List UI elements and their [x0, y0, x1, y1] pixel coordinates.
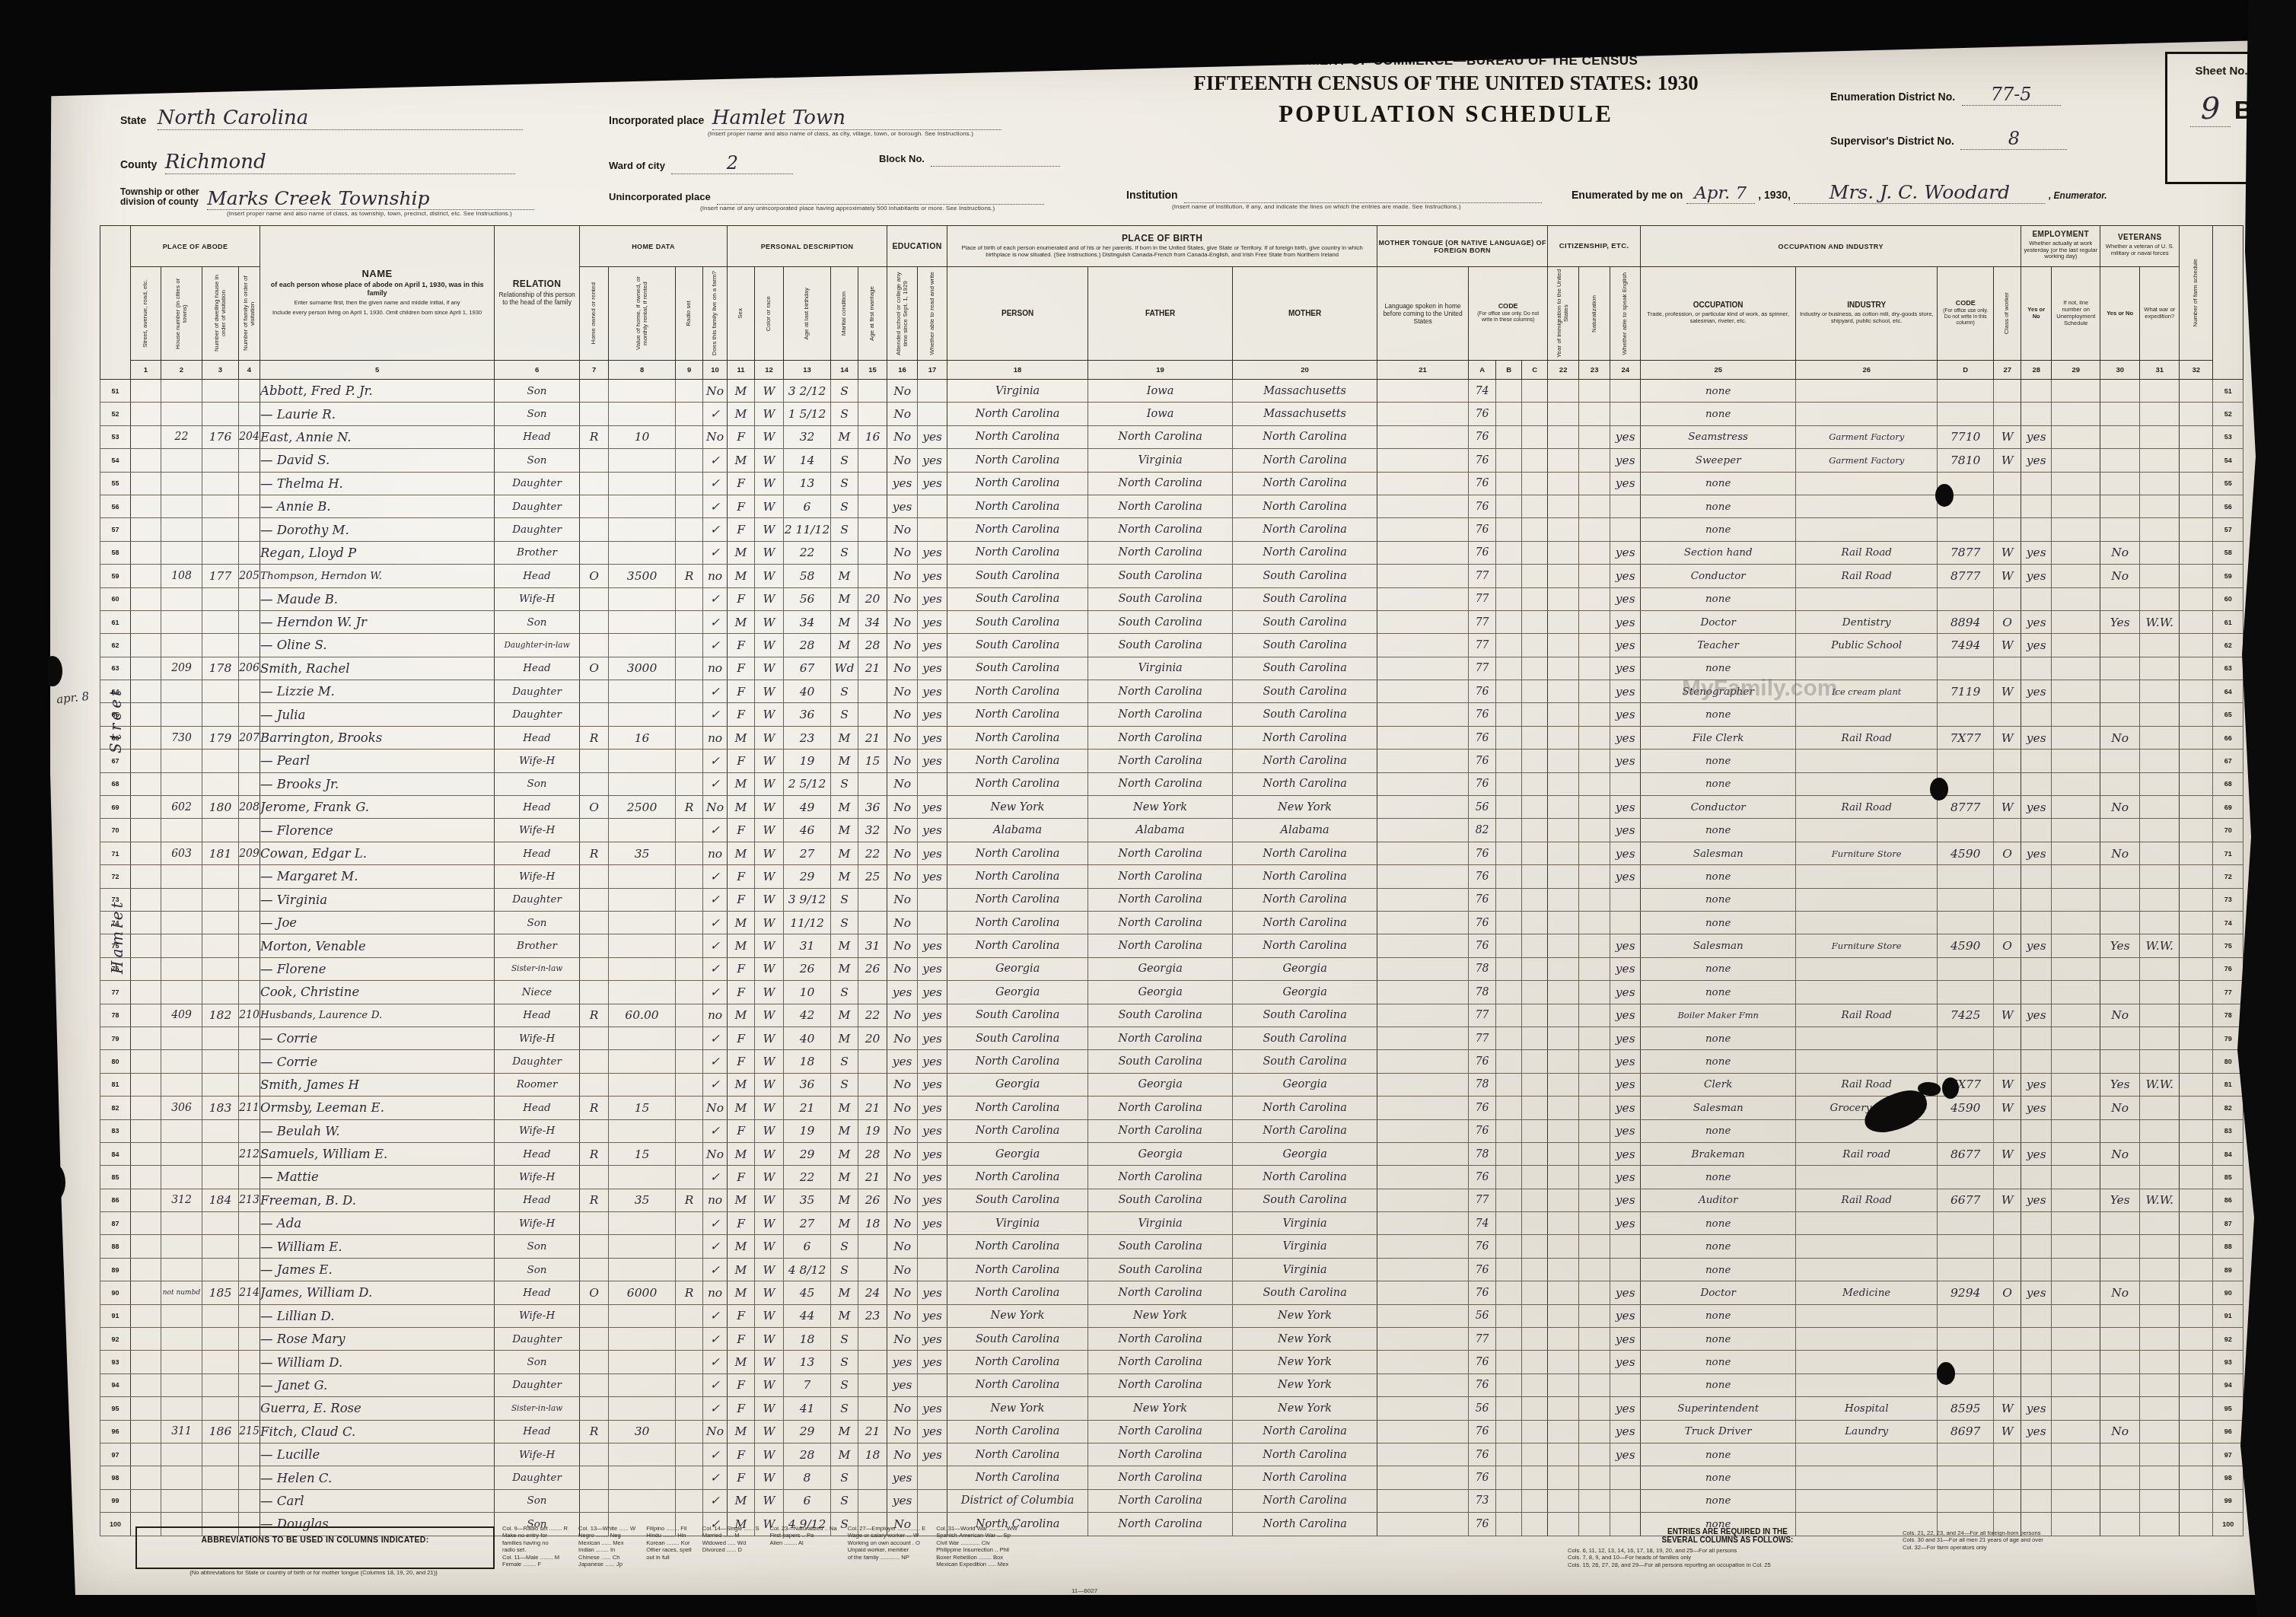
cell-hn	[161, 1235, 202, 1258]
cell-rc: W	[755, 1420, 784, 1443]
cell-rd	[676, 703, 703, 726]
cell-fm: 211	[239, 1097, 260, 1119]
birth-title: PLACE OF BIRTH	[947, 233, 1377, 244]
cell-e9	[2052, 1073, 2100, 1096]
cell-am: 36	[858, 796, 887, 819]
cell-oc: none	[1641, 1351, 1796, 1373]
cell-en: yes	[1610, 1050, 1641, 1073]
cell-or: R	[580, 1142, 609, 1165]
cell-n: 97	[100, 1443, 131, 1466]
cell-en: yes	[1610, 425, 1641, 448]
cell-am	[858, 1397, 887, 1420]
cell-st	[131, 518, 161, 541]
cell-fm	[239, 1050, 260, 1073]
cell-sx: F	[728, 1373, 755, 1396]
cell-en: yes	[1610, 1397, 1641, 1420]
cell-rc: W	[755, 1489, 784, 1512]
abbrev-block-7: Col. 31—World War .......... WWSpanish-A…	[936, 1525, 1017, 1568]
cell-cd: 7877	[1938, 541, 1994, 564]
cell-im	[1548, 1073, 1579, 1096]
cell-bpf: North Carolina	[1088, 1097, 1233, 1119]
cell-ev	[2100, 1304, 2140, 1327]
cell-dw: 184	[202, 1189, 239, 1211]
cell-hn	[161, 472, 202, 495]
cell-en: yes	[1610, 1142, 1641, 1165]
cell-lg	[1377, 1004, 1469, 1027]
cell-nt	[1579, 796, 1610, 819]
cell-cd	[1938, 403, 1994, 425]
cell-bpp: South Carolina	[947, 565, 1088, 587]
cell-st	[131, 449, 161, 472]
ward-field: Ward of city 2	[609, 152, 868, 174]
cell-vl	[609, 680, 676, 703]
col14-label: Marital condition	[841, 290, 848, 337]
cell-cc	[1522, 449, 1548, 472]
cell-cb	[1496, 1397, 1522, 1420]
cell-ey: yes	[2021, 565, 2052, 587]
cell-lg	[1377, 1466, 1469, 1489]
cell-fa: No	[703, 380, 728, 403]
cell-vw	[2140, 634, 2180, 657]
cell-ey	[2021, 865, 2052, 888]
cell-bpp: North Carolina	[947, 425, 1088, 448]
cell-mc: M	[831, 726, 858, 749]
cell-or	[580, 1373, 609, 1396]
unincorporated-label: Unincorporated place	[609, 191, 711, 202]
cell-bpp: South Carolina	[947, 657, 1088, 680]
cell-am	[858, 403, 887, 425]
cell-en: yes	[1610, 981, 1641, 1004]
cell-fm	[239, 1328, 260, 1351]
cell-oc: none	[1641, 1027, 1796, 1049]
cell-or	[580, 1304, 609, 1327]
cell-fs	[2180, 1328, 2213, 1351]
cell-ca: 76	[1469, 403, 1496, 425]
cell-bpf: South Carolina	[1088, 634, 1233, 657]
cell-nt	[1579, 772, 1610, 795]
cell-cw	[1994, 1166, 2021, 1189]
col-number-3: 3	[202, 361, 239, 380]
cell-im	[1548, 1373, 1579, 1396]
cell-st	[131, 1212, 161, 1235]
cell-fm: 207	[239, 726, 260, 749]
census-row-58: 58Regan, Lloyd PBrother✓MW22SNoyesNorth …	[100, 541, 2243, 564]
cell-ev	[2100, 472, 2140, 495]
col29-label: If not, line number on Unemployment Sche…	[2052, 298, 2100, 329]
cell-cd: 8777	[1938, 565, 1994, 587]
cell-am: 28	[858, 634, 887, 657]
cell-cd	[1938, 587, 1994, 610]
cell-cb	[1496, 957, 1522, 980]
cell-am	[858, 380, 887, 403]
name-inst2: Include every person living on April 1, …	[260, 308, 494, 318]
cell-fs	[2180, 1443, 2213, 1466]
cell-bpm: New York	[1233, 1373, 1377, 1396]
cell-e9	[2052, 403, 2100, 425]
cell-nt	[1579, 1420, 1610, 1443]
cell-ev	[2100, 449, 2140, 472]
cell-ev	[2100, 1235, 2140, 1258]
cell-hn	[161, 1328, 202, 1351]
cell-bpp: Georgia	[947, 1142, 1088, 1165]
col3-label: Number of dwelling house in order of vis…	[214, 267, 228, 360]
cell-rc: W	[755, 1351, 784, 1373]
cell-ca: 76	[1469, 1166, 1496, 1189]
cell-bpm: New York	[1233, 1328, 1377, 1351]
cell-in: Rail Road	[1796, 726, 1938, 749]
cell-cw	[1994, 1373, 2021, 1396]
population-schedule-table: PLACE OF ABODE NAME of each person whose…	[100, 225, 2243, 1536]
cell-vw	[2140, 1328, 2180, 1351]
cell-am	[858, 495, 887, 517]
cell-mc: S	[831, 680, 858, 703]
cell-bpf: North Carolina	[1088, 1420, 1233, 1443]
cell-bpp: North Carolina	[947, 703, 1088, 726]
census-row-80: 80— CorrieDaughter✓FW18SyesyesNorth Caro…	[100, 1050, 2243, 1073]
cell-nm: — Oline S.	[260, 634, 495, 657]
cell-vl	[609, 1397, 676, 1420]
cell-ev	[2100, 1166, 2140, 1189]
cell-am	[858, 1489, 887, 1512]
cell-bpm: North Carolina	[1233, 1489, 1377, 1512]
cell-dw	[202, 1258, 239, 1281]
cell-sx: F	[728, 981, 755, 1004]
cell-vw	[2140, 1235, 2180, 1258]
cell-rl: Daughter-in-law	[495, 634, 580, 657]
cell-bpm: North Carolina	[1233, 472, 1377, 495]
cell-sc: yes	[887, 495, 918, 517]
cell-fm	[239, 772, 260, 795]
cell-am	[858, 680, 887, 703]
cell-cw	[1994, 1258, 2021, 1281]
cell-im	[1548, 1328, 1579, 1351]
cell-bpm: South Carolina	[1233, 703, 1377, 726]
cell-rc: W	[755, 1443, 784, 1466]
cell-cw: W	[1994, 541, 2021, 564]
cell-mc: M	[831, 1212, 858, 1235]
cell-n: 54	[100, 449, 131, 472]
cell-en: yes	[1610, 680, 1641, 703]
cell-cw	[1994, 1212, 2021, 1235]
cell-e9	[2052, 1328, 2100, 1351]
cell-am: 23	[858, 1304, 887, 1327]
cell-rw: yes	[918, 957, 947, 980]
cell-vl	[609, 1166, 676, 1189]
cell-cw: W	[1994, 425, 2021, 448]
cell-cd: 8777	[1938, 796, 1994, 819]
cell-in	[1796, 865, 1938, 888]
cell-oc: Sweeper	[1641, 449, 1796, 472]
census-row-95: 95Guerra, E. RoseSister-in-law✓FW41SNoye…	[100, 1397, 2243, 1420]
cell-nt	[1579, 819, 1610, 842]
cell-oc: none	[1641, 1050, 1796, 1073]
cell-cc	[1522, 1466, 1548, 1489]
cell-hn	[161, 1073, 202, 1096]
cell-rd	[676, 1142, 703, 1165]
cell-bpm: North Carolina	[1233, 425, 1377, 448]
cell-vl	[609, 1073, 676, 1096]
cell-dw	[202, 1397, 239, 1420]
cell-cw	[1994, 1443, 2021, 1466]
cell-sc: No	[887, 518, 918, 541]
cell-in: Rail Road	[1796, 1004, 1938, 1027]
cell-oc: Truck Driver	[1641, 1420, 1796, 1443]
census-row-52: 52— Laurie R.Son✓MW1 5/12SNoNorth Caroli…	[100, 403, 2243, 425]
cell-vl	[609, 888, 676, 911]
cell-rw: yes	[918, 425, 947, 448]
cell-cd: 4590	[1938, 1097, 1994, 1119]
cell-cd: 6677	[1938, 1189, 1994, 1211]
cell-rd	[676, 1420, 703, 1443]
col12-header: Color or race	[755, 267, 784, 361]
cell-ev	[2100, 634, 2140, 657]
institution-field: Institution (Insert name of institution,…	[1126, 189, 1583, 210]
cell-oc: Salesman	[1641, 934, 1796, 957]
cell-lg	[1377, 1304, 1469, 1327]
cell-fs	[2180, 472, 2213, 495]
cell-hn	[161, 934, 202, 957]
cell-ag: 22	[784, 1166, 831, 1189]
cell-rc: W	[755, 495, 784, 517]
cell-vl: 10	[609, 425, 676, 448]
cell-ev	[2100, 1258, 2140, 1281]
cell-st	[131, 634, 161, 657]
cell-cc	[1522, 1304, 1548, 1327]
group-employment: EMPLOYMENT Whether actually at work yest…	[2021, 226, 2100, 267]
cell-rd	[676, 819, 703, 842]
cell-am: 15	[858, 750, 887, 772]
cell-ey: yes	[2021, 1397, 2052, 1420]
cell-ca: 76	[1469, 934, 1496, 957]
cell-oc: none	[1641, 1258, 1796, 1281]
cell-e9	[2052, 981, 2100, 1004]
cell-rl: Son	[495, 1489, 580, 1512]
cell-en: yes	[1610, 865, 1641, 888]
cell-st	[131, 1397, 161, 1420]
cell-bpm: North Carolina	[1233, 1097, 1377, 1119]
cell-lg	[1377, 726, 1469, 749]
cell-lg	[1377, 842, 1469, 864]
cell-e9	[2052, 842, 2100, 864]
cell-nr: 88	[2213, 1235, 2243, 1258]
cell-nm: — Mattie	[260, 1166, 495, 1189]
cell-mc: M	[831, 1443, 858, 1466]
cell-sx: F	[728, 680, 755, 703]
cell-st	[131, 1328, 161, 1351]
cell-rl: Wife-H	[495, 750, 580, 772]
cell-fa: no	[703, 1004, 728, 1027]
cell-mc: M	[831, 865, 858, 888]
cell-cd: 8697	[1938, 1420, 1994, 1443]
cell-mc: M	[831, 1119, 858, 1142]
census-row-79: 79— CorrieWife-H✓FW40M20NoyesSouth Carol…	[100, 1027, 2243, 1049]
cell-e9	[2052, 726, 2100, 749]
cell-im	[1548, 449, 1579, 472]
cell-cb	[1496, 1351, 1522, 1373]
cell-cb	[1496, 1420, 1522, 1443]
cell-bpp: North Carolina	[947, 403, 1088, 425]
cell-fm	[239, 1304, 260, 1327]
cell-bpf: North Carolina	[1088, 726, 1233, 749]
cell-oc: none	[1641, 1443, 1796, 1466]
cell-ag: 56	[784, 587, 831, 610]
cell-rd	[676, 403, 703, 425]
cell-fm	[239, 934, 260, 957]
cell-cd	[1938, 819, 1994, 842]
cell-vw	[2140, 1420, 2180, 1443]
cell-ev	[2100, 1397, 2140, 1420]
cell-mc: S	[831, 1328, 858, 1351]
cell-ey	[2021, 1050, 2052, 1073]
cell-fm: 213	[239, 1189, 260, 1211]
cell-nm: Fitch, Claud C.	[260, 1420, 495, 1443]
cell-rw: yes	[918, 819, 947, 842]
cell-nr: 60	[2213, 587, 2243, 610]
cell-hn	[161, 1050, 202, 1073]
cell-bpf: Georgia	[1088, 981, 1233, 1004]
cell-rw: yes	[918, 1304, 947, 1327]
census-row-90: 90not numbd185214James, William D.HeadO6…	[100, 1281, 2243, 1304]
cell-cc	[1522, 1235, 1548, 1258]
cell-rl: Wife-H	[495, 865, 580, 888]
cell-im	[1548, 472, 1579, 495]
census-row-85: 85— MattieWife-H✓FW22M21NoyesNorth Carol…	[100, 1166, 2243, 1189]
cell-sx: M	[728, 380, 755, 403]
cell-sx: M	[728, 565, 755, 587]
cell-en: yes	[1610, 750, 1641, 772]
cell-dw	[202, 888, 239, 911]
cell-sx: F	[728, 1027, 755, 1049]
cell-dw	[202, 1050, 239, 1073]
cell-ey	[2021, 981, 2052, 1004]
cell-oc: none	[1641, 1235, 1796, 1258]
cell-ag: 27	[784, 842, 831, 864]
cell-fm	[239, 957, 260, 980]
cell-e9	[2052, 425, 2100, 448]
cell-nr: 87	[2213, 1212, 2243, 1235]
cell-rw: yes	[918, 541, 947, 564]
cell-nm: — Helen C.	[260, 1466, 495, 1489]
cell-en: yes	[1610, 1027, 1641, 1049]
cell-fa: ✓	[703, 750, 728, 772]
cell-rw	[918, 888, 947, 911]
cell-am: 21	[858, 1166, 887, 1189]
cell-fs	[2180, 911, 2213, 934]
cell-e9	[2052, 1189, 2100, 1211]
col17-header: Whether able to read and write	[918, 267, 947, 361]
cell-rd	[676, 842, 703, 864]
cell-vl	[609, 1304, 676, 1327]
cell-cb	[1496, 1443, 1522, 1466]
col-number-23: 23	[1579, 361, 1610, 380]
col-number-21: 21	[1377, 361, 1469, 380]
unincorporated-field: Unincorporated place (Insert name of any…	[609, 190, 1111, 212]
cell-rc: W	[755, 865, 784, 888]
cell-st	[131, 772, 161, 795]
cell-ag: 29	[784, 1420, 831, 1443]
institution-note: (Insert name of institution, if any, and…	[1172, 203, 1583, 210]
cell-hn	[161, 819, 202, 842]
cell-fm	[239, 1443, 260, 1466]
name-sub: of each person whose place of abode on A…	[260, 279, 494, 298]
cell-sx: M	[728, 1004, 755, 1027]
cell-rl: Head	[495, 1142, 580, 1165]
cell-hn: 603	[161, 842, 202, 864]
cell-cb	[1496, 1304, 1522, 1327]
cell-nm: — Florene	[260, 957, 495, 980]
cell-vl	[609, 587, 676, 610]
cell-bpf: North Carolina	[1088, 1328, 1233, 1351]
cell-vw	[2140, 796, 2180, 819]
census-row-99: 99— CarlSon✓MW6SyesDistrict of ColumbiaN…	[100, 1489, 2243, 1512]
cell-bpp: South Carolina	[947, 1027, 1088, 1049]
cell-vw	[2140, 911, 2180, 934]
cell-st	[131, 1189, 161, 1211]
cell-ag: 36	[784, 1073, 831, 1096]
cell-in	[1796, 703, 1938, 726]
cell-rd: R	[676, 565, 703, 587]
col31-label: What war or expedition?	[2140, 305, 2179, 322]
cell-nr: 74	[2213, 911, 2243, 934]
cell-st	[131, 1142, 161, 1165]
cell-st	[131, 1281, 161, 1304]
cell-or	[580, 1119, 609, 1142]
cell-nm: — Lucille	[260, 1443, 495, 1466]
cell-bpm: South Carolina	[1233, 1189, 1377, 1211]
cell-ag: 40	[784, 1027, 831, 1049]
cell-nr: 75	[2213, 934, 2243, 957]
cell-am: 21	[858, 1097, 887, 1119]
cell-fa: ✓	[703, 1304, 728, 1327]
cell-dw: 185	[202, 1281, 239, 1304]
cell-vl: 60.00	[609, 1004, 676, 1027]
cell-n: 53	[100, 425, 131, 448]
county-field: County Richmond	[120, 151, 592, 174]
cell-ev: No	[2100, 1281, 2140, 1304]
cell-sc: No	[887, 842, 918, 864]
cell-nt	[1579, 1027, 1610, 1049]
cell-bpf: Alabama	[1088, 819, 1233, 842]
cell-oc: File Clerk	[1641, 726, 1796, 749]
cell-rd	[676, 1397, 703, 1420]
cell-nm: — William D.	[260, 1351, 495, 1373]
cell-ev	[2100, 1212, 2140, 1235]
cell-rl: Daughter	[495, 1050, 580, 1073]
cell-e9	[2052, 1420, 2100, 1443]
col-number-31: 31	[2140, 361, 2180, 380]
cell-fs	[2180, 934, 2213, 957]
cell-fm: 209	[239, 842, 260, 864]
cell-lg	[1377, 1489, 1469, 1512]
cell-or: O	[580, 796, 609, 819]
cell-cw	[1994, 1489, 2021, 1512]
census-row-71: 71603181209Cowan, Edgar L.HeadR35noMW27M…	[100, 842, 2243, 864]
cell-im	[1548, 796, 1579, 819]
cell-rd	[676, 1258, 703, 1281]
cell-vl	[609, 934, 676, 957]
cell-am	[858, 472, 887, 495]
cell-vw	[2140, 403, 2180, 425]
cell-fs	[2180, 541, 2213, 564]
cell-en: yes	[1610, 1073, 1641, 1096]
cell-cw: W	[1994, 726, 2021, 749]
cell-bpm: North Carolina	[1233, 772, 1377, 795]
cell-ca: 76	[1469, 1420, 1496, 1443]
cell-nt	[1579, 1142, 1610, 1165]
cell-ey	[2021, 1373, 2052, 1396]
code-abc-header: CODE (For office use only. Do not write …	[1469, 267, 1548, 361]
cell-sc: No	[887, 680, 918, 703]
